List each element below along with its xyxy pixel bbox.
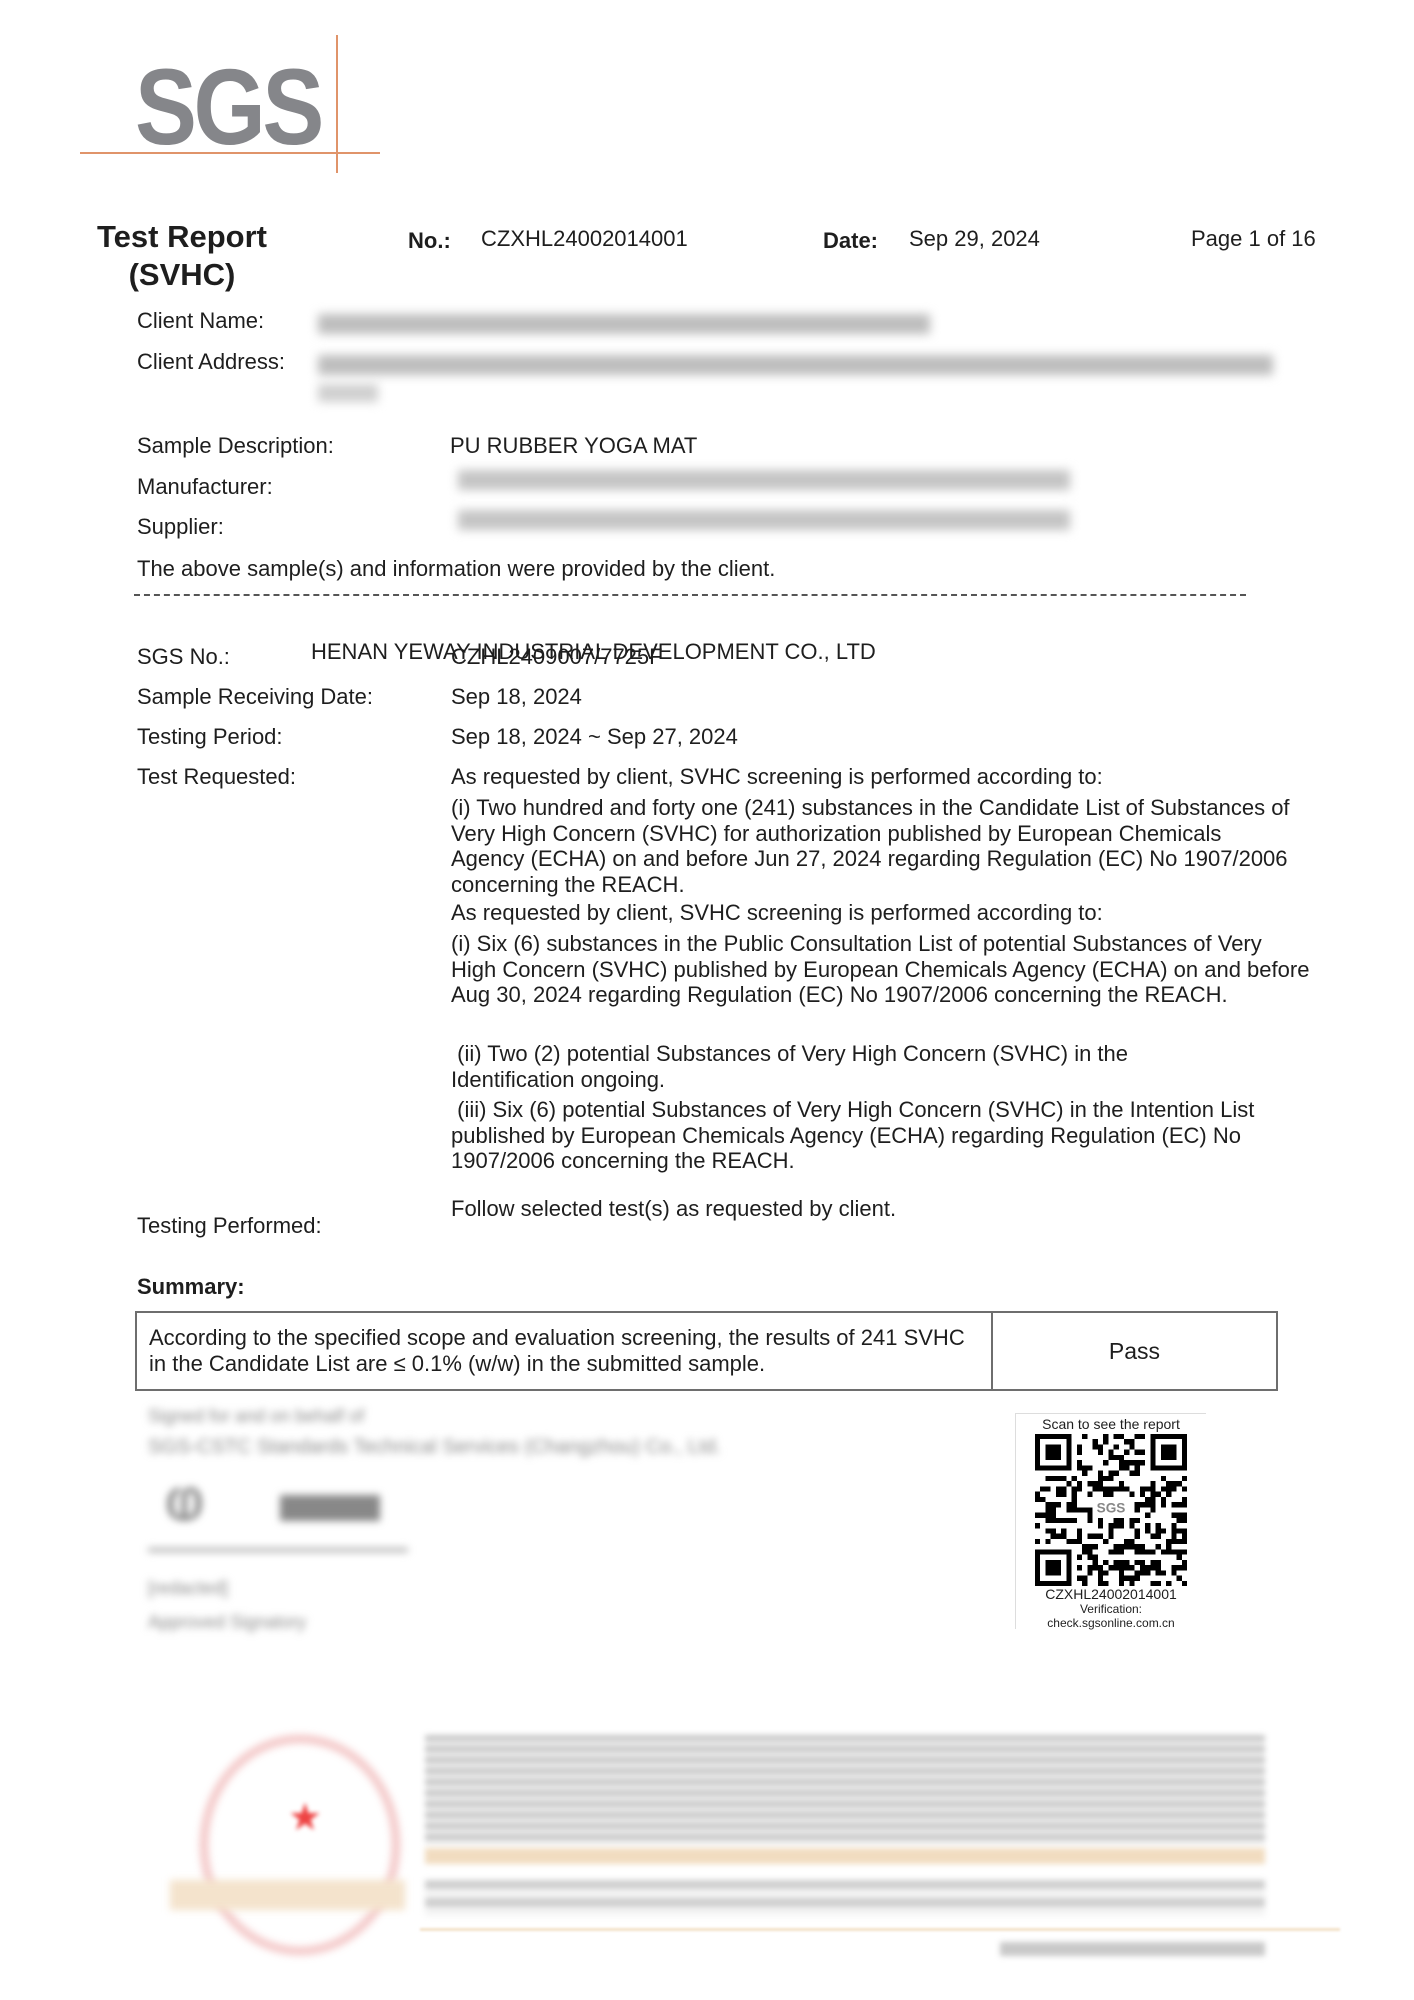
test-requested-para-1: As requested by client, SVHC screening i… [451,764,1311,790]
signed-for-text: Signed for and on behalf of [148,1406,364,1427]
test-requested-para-2: (i) Two hundred and forty one (241) subs… [451,795,1291,897]
client-address-redacted [318,355,1273,375]
signatory-title: Approved Signatory [148,1612,306,1633]
qr-caption: Scan to see the report [1016,1416,1206,1432]
qr-verification-block: Scan to see the report SGS CZXHL24002014… [1015,1413,1206,1629]
footer-member-text [1000,1942,1265,1956]
qr-verification-label: Verification: [1016,1602,1206,1616]
report-title: Test Report (SVHC) [87,218,277,294]
qr-verification-url[interactable]: check.sgsonline.com.cn [1016,1616,1206,1630]
client-name-redacted [318,314,930,334]
manufacturer-label: Manufacturer: [137,474,273,500]
page-indicator: Page 1 of 16 [1191,226,1316,252]
testing-period-label: Testing Period: [137,724,283,750]
dashed-separator [134,594,1246,598]
footer-highlight-text [425,1848,1265,1864]
sgs-no-value: CZHL2409007/7725F [451,644,663,670]
logo-horizontal-rule [80,152,380,154]
supplier-label: Supplier: [137,514,224,540]
summary-heading: Summary: [137,1274,245,1300]
title-line-1: Test Report [87,218,277,256]
seal-caption-band [170,1880,405,1910]
qr-code-icon[interactable]: SGS [1035,1434,1187,1586]
signature-line [148,1548,408,1552]
summary-result: Pass [993,1313,1276,1389]
summary-table: According to the specified scope and eva… [135,1311,1278,1391]
date-value: Sep 29, 2024 [909,226,1040,252]
testing-performed-value: Follow selected test(s) as requested by … [451,1196,896,1222]
signatory-company: SGS-CSTC Standards Technical Services (C… [148,1436,721,1459]
logo-text: SGS [135,53,321,161]
client-name-label: Client Name: [137,308,264,334]
summary-text: According to the specified scope and eva… [137,1313,993,1389]
test-requested-para-6: (iii) Six (6) potential Substances of Ve… [451,1097,1311,1174]
sample-description-label: Sample Description: [137,433,334,459]
footer-rule [420,1928,1340,1931]
sample-provided-note: The above sample(s) and information were… [137,556,775,582]
report-no-label: No.: [408,228,451,254]
test-requested-label: Test Requested: [137,764,296,790]
qr-report-no: CZXHL24002014001 [1016,1586,1206,1602]
official-seal [200,1735,400,1955]
sgs-no-label: SGS No.: [137,644,230,670]
seal-star-icon: ★ [288,1795,322,1840]
manufacturer-redacted [458,470,1070,490]
test-requested-para-5: (ii) Two (2) potential Substances of Ver… [451,1041,1231,1092]
date-label: Date: [823,228,878,254]
receiving-date-value: Sep 18, 2024 [451,684,582,710]
report-no-value: CZXHL24002014001 [481,226,688,252]
testing-performed-label: Testing Performed: [137,1213,322,1239]
supplier-redacted [458,510,1070,530]
signature-mark: ⱷ [165,1465,204,1534]
client-address-label: Client Address: [137,349,285,375]
test-requested-para-4: (i) Six (6) substances in the Public Con… [451,931,1311,1008]
sgs-logo: SGS [80,35,380,175]
footer-contact-rows [425,1880,1265,1916]
testing-period-value: Sep 18, 2024 ~ Sep 27, 2024 [451,724,738,750]
client-address-redacted-line2 [318,384,378,402]
footer-terms-text [425,1735,1265,1845]
qr-center-logo: SGS [1097,1501,1126,1516]
logo-vertical-rule [336,35,338,173]
receiving-date-label: Sample Receiving Date: [137,684,373,710]
signatory-name: [redacted] [148,1578,228,1599]
signature-name-stamp [280,1495,380,1521]
test-requested-para-3: As requested by client, SVHC screening i… [451,900,1311,926]
title-line-2: (SVHC) [87,256,277,294]
sample-description-value: PU RUBBER YOGA MAT [450,433,697,459]
